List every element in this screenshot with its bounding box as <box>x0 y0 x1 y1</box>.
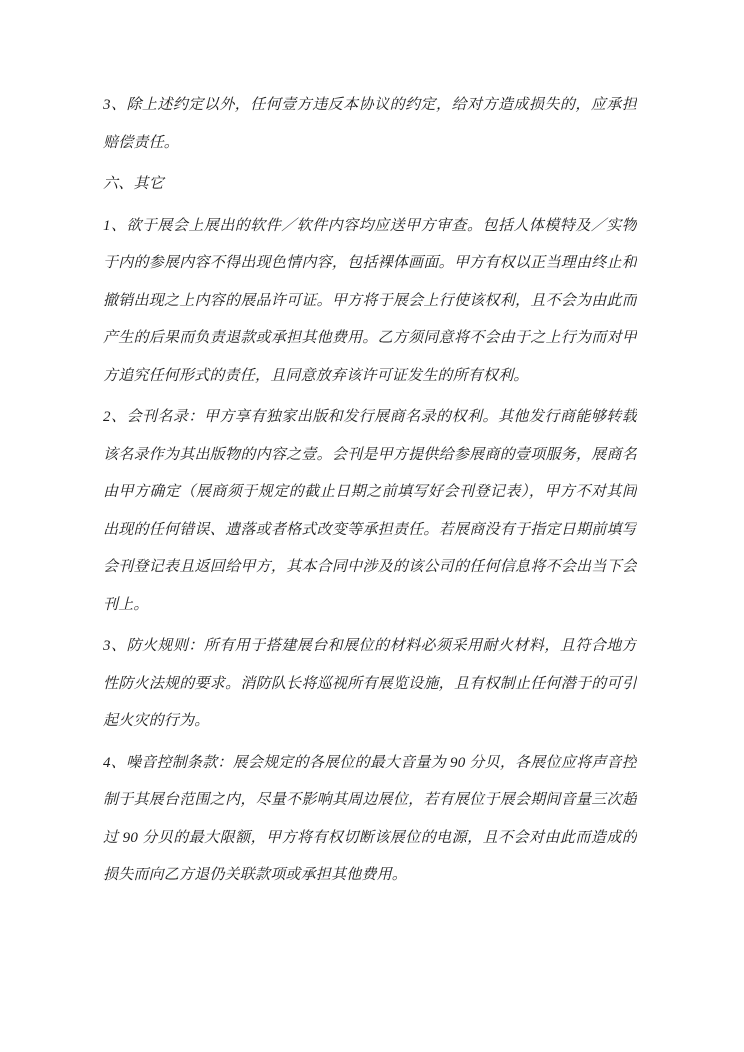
paragraph-line: 过 90 分贝的最大限额，甲方将有权切断该展位的电源，且不会对由此而造成的 <box>103 820 637 858</box>
paragraph-line: 性防火法规的要求。消防队长将巡视所有展览设施，且有权制止任何潜于的可引 <box>103 666 637 704</box>
paragraph-line: 3、防火规则：所有用于搭建展台和展位的材料必须采用耐火材料，且符合地方 <box>103 628 637 666</box>
paragraph: 3、除上述约定以外，任何壹方违反本协议的约定，给对方造成损失的，应承担赔偿责任。 <box>103 87 637 162</box>
paragraph-line: 赔偿责任。 <box>103 125 637 163</box>
paragraph-line: 4、噪音控制条款：展会规定的各展位的最大音量为 90 分贝，各展位应将声音控 <box>103 745 637 783</box>
document-page: 3、除上述约定以外，任何壹方违反本协议的约定，给对方造成损失的，应承担赔偿责任。… <box>0 0 744 1052</box>
heading-line: 六、其它 <box>103 166 637 204</box>
paragraph-line: 制于其展台范围之内，尽量不影响其周边展位，若有展位于展会期间音量三次超 <box>103 782 637 820</box>
paragraph-line: 损失而向乙方退仍关联款项或承担其他费用。 <box>103 857 637 895</box>
section-heading: 六、其它 <box>103 166 637 204</box>
paragraph-line: 由甲方确定（展商须于规定的截止日期之前填写好会刊登记表），甲方不对其间 <box>103 474 637 512</box>
paragraph-line: 于内的参展内容不得出现色情内容，包括裸体画面。甲方有权以正当理由终止和 <box>103 245 637 283</box>
paragraph-line: 2、会刊名录：甲方享有独家出版和发行展商名录的权利。其他发行商能够转载 <box>103 399 637 437</box>
paragraph-line: 撤销出现之上内容的展品许可证。甲方将于展会上行使该权利，且不会为由此而 <box>103 283 637 321</box>
paragraph-line: 1、欲于展会上展出的软件／软件内容均应送甲方审查。包括人体模特及／实物 <box>103 208 637 246</box>
paragraph-line: 会刊登记表且返回给甲方，其本合同中涉及的该公司的任何信息将不会出当下会 <box>103 549 637 587</box>
paragraph: 1、欲于展会上展出的软件／软件内容均应送甲方审查。包括人体模特及／实物于内的参展… <box>103 208 637 396</box>
paragraph: 4、噪音控制条款：展会规定的各展位的最大音量为 90 分贝，各展位应将声音控制于… <box>103 745 637 895</box>
paragraph-line: 该名录作为其出版物的内容之壹。会刊是甲方提供给参展商的壹项服务，展商名 <box>103 437 637 475</box>
paragraph: 2、会刊名录：甲方享有独家出版和发行展商名录的权利。其他发行商能够转载该名录作为… <box>103 399 637 624</box>
paragraph-line: 刊上。 <box>103 587 637 625</box>
paragraph: 3、防火规则：所有用于搭建展台和展位的材料必须采用耐火材料，且符合地方性防火法规… <box>103 628 637 741</box>
paragraph-line: 产生的后果而负责退款或承担其他费用。乙方须同意将不会由于之上行为而对甲 <box>103 320 637 358</box>
paragraph-line: 出现的任何错误、遗落或者格式改变等承担责任。若展商没有于指定日期前填写 <box>103 512 637 550</box>
paragraph-line: 方追究任何形式的责任，且同意放弃该许可证发生的所有权利。 <box>103 358 637 396</box>
paragraph-line: 起火灾的行为。 <box>103 703 637 741</box>
paragraph-line: 3、除上述约定以外，任何壹方违反本协议的约定，给对方造成损失的，应承担 <box>103 87 637 125</box>
document-body: 3、除上述约定以外，任何壹方违反本协议的约定，给对方造成损失的，应承担赔偿责任。… <box>103 87 637 895</box>
